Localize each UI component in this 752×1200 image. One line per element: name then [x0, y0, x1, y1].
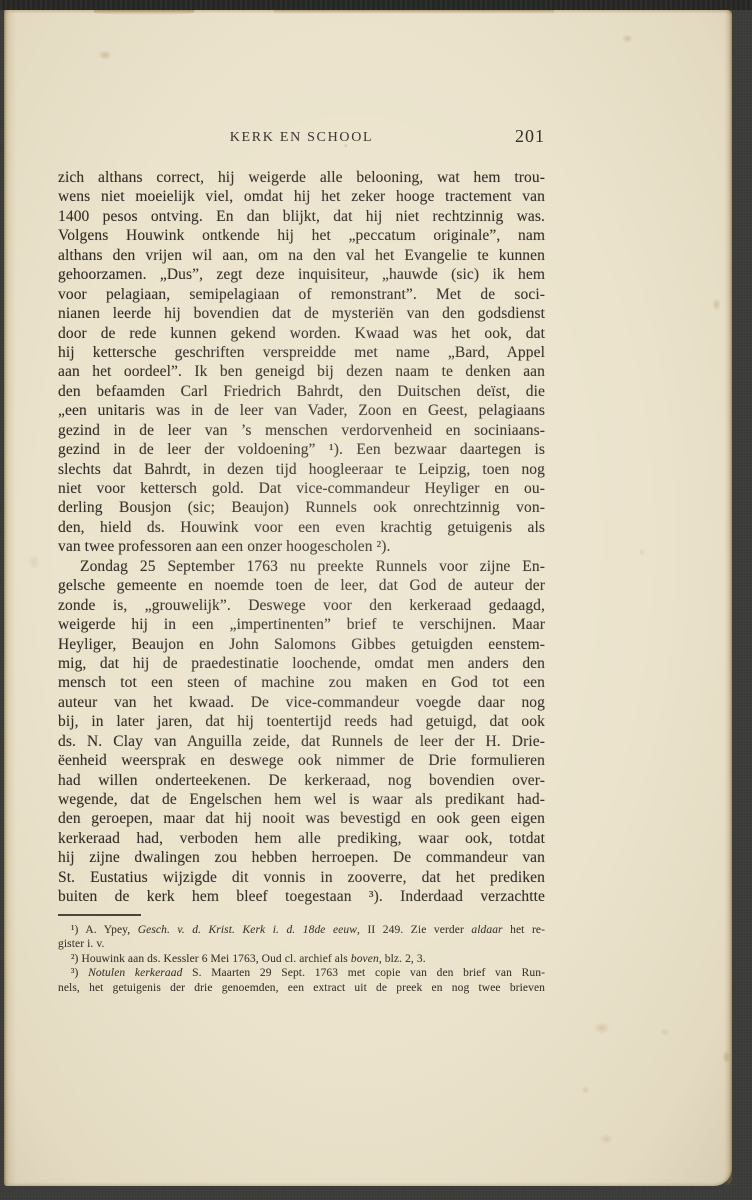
foxing-spot — [638, 548, 646, 556]
text-line: derling Bousjon (sic; Beaujon) Runnels o… — [58, 498, 545, 517]
text-line: althans den vrijen wil aan, om na den va… — [58, 246, 545, 265]
footnote-text: , blz. 2, 3. — [379, 953, 426, 965]
text-line: Heyliger, Beaujon en John Salomons Gibbe… — [58, 635, 545, 654]
footnote-text: , II 249. Zie verder — [357, 924, 471, 936]
text-line: hij zijne dwalingen zou hebben herroepen… — [58, 848, 545, 867]
text-line: door de rede kunnen gekend worden. Kwaad… — [58, 324, 545, 343]
text-line: den, hield ds. Houwink voor een even kra… — [58, 518, 545, 537]
text-line: hij kettersche geschriften verspreidde m… — [58, 343, 545, 362]
footnote-italic-text: Notulen kerkeraad — [88, 967, 182, 979]
footnote-text: S. Maarten 29 Sept. 1763 met copie van d… — [182, 967, 545, 979]
text-line: buiten de kerk hem bleef toegestaan ³). … — [58, 887, 545, 906]
foxing-spot — [581, 1086, 590, 1094]
foxing-spot — [622, 34, 633, 43]
footnotes: ¹) A. Ypey, Gesch. v. d. Krist. Kerk i. … — [58, 923, 545, 995]
text-line: den befaamden Carl Friedrich Bahrdt, den… — [58, 382, 545, 401]
text-line: gezind in de leer van ’s menschen verdor… — [58, 421, 545, 440]
text-line: voor pelagiaan, semipelagiaan of remonst… — [58, 285, 545, 304]
footnote-separator — [58, 914, 141, 916]
text-line: „een unitaris was in de leer van Vader, … — [58, 401, 545, 420]
book-top-edge — [0, 0, 752, 10]
footnote-italic-text: aldaar — [471, 924, 502, 936]
stain-top — [274, 10, 554, 14]
text-line: aan het oordeel”. Ik ben geneigd bij dez… — [58, 362, 545, 381]
paragraph: Zondag 25 September 1763 nu preekte Runn… — [58, 557, 545, 907]
text-line: weigerde hij in een „impertinenten” brie… — [58, 615, 545, 634]
text-line: zonde is, „grouwelijk”. Deswege voor den… — [58, 596, 545, 615]
running-header: KERK EN SCHOOL 201 — [58, 128, 545, 150]
book-page: KERK EN SCHOOL 201 zich althans correct,… — [4, 10, 732, 1186]
running-title: KERK EN SCHOOL — [58, 128, 545, 148]
text-line: gezind in de leer der voldoening” ¹). Ee… — [58, 440, 545, 459]
text-line: Volgens Houwink ontkende hij het „peccat… — [58, 226, 545, 245]
foxing-spot — [712, 298, 721, 311]
footnote-line: ²) Houwink aan ds. Kessler 6 Mei 1763, O… — [58, 952, 545, 966]
text-line: zich althans correct, hij weigerde alle … — [58, 168, 545, 187]
text-line: gehoorzamen. „Dus”, zegt deze inquisiteu… — [58, 265, 545, 284]
text-line: 1400 pesos ontving. En dan blijkt, dat h… — [58, 207, 545, 226]
paragraph: zich althans correct, hij weigerde alle … — [58, 168, 545, 557]
text-line: had willen onderteekenen. De kerkeraad, … — [58, 771, 545, 790]
footnote-text: ¹) A. Ypey, — [71, 924, 138, 936]
footnote-italic-text: Gesch. v. d. Krist. Kerk i. d. 18de eeuw — [138, 924, 357, 936]
text-line: mensch tot een steen of machine zou make… — [58, 673, 545, 692]
foxing-spot — [28, 554, 40, 570]
foxing-spot — [594, 1022, 610, 1034]
text-line: St. Eustatius wijzigde dit vonnis in zoo… — [58, 868, 545, 887]
page-edge-shading-right — [724, 10, 732, 1186]
footnote-line: nels, het getuigenis der drie genoemden,… — [58, 981, 545, 995]
text-line: wens niet moeielijk viel, omdat hij het … — [58, 187, 545, 206]
body-text: zich althans correct, hij weigerde alle … — [58, 168, 545, 907]
text-line: niet voor kettersch gold. Dat vice-comma… — [58, 479, 545, 498]
text-line: van twee professoren aan een onzer hooge… — [58, 537, 545, 556]
text-line: ds. N. Clay van Anguilla zeide, dat Runn… — [58, 732, 545, 751]
page-edge-shading-left — [4, 10, 16, 1186]
text-line: den geroepen, maar dat hij nooit was bev… — [58, 809, 545, 828]
footnote-text: ³) — [71, 967, 88, 979]
stain-top — [94, 10, 194, 15]
text-line: mig, dat hij de praedestinatie loochende… — [58, 654, 545, 673]
footnote-line: gister i. v. — [58, 937, 545, 951]
text-line: wegende, dat de Engelschen hem wel is wa… — [58, 790, 545, 809]
footnote-italic-text: boven — [351, 953, 379, 965]
footnote-text: gister i. v. — [58, 938, 104, 950]
text-line: Zondag 25 September 1763 nu preekte Runn… — [58, 557, 545, 576]
footnote-line: ¹) A. Ypey, Gesch. v. d. Krist. Kerk i. … — [58, 923, 545, 937]
text-line: bij, in later jaren, dat hij toentertijd… — [58, 712, 545, 731]
text-line: auteur van het kwaad. De vice-commandeur… — [58, 693, 545, 712]
text-line: ëenheid weersprak en deswege ook nimmer … — [58, 751, 545, 770]
text-line: gelsche gemeente en noemde toen de leer,… — [58, 576, 545, 595]
footnote-text: ²) Houwink aan ds. Kessler 6 Mei 1763, O… — [71, 953, 351, 965]
text-line: slechts dat Bahrdt, in dezen tijd hoogle… — [58, 460, 545, 479]
page-number: 201 — [515, 125, 545, 147]
text-line: nianen leerde hij bovendien dat de myste… — [58, 304, 545, 323]
text-line: kerkeraad had, verboden hem alle prediki… — [58, 829, 545, 848]
footnote-text: nels, het getuigenis der drie genoemden,… — [58, 982, 545, 994]
foxing-spot — [660, 1028, 670, 1036]
foxing-spot — [600, 1134, 613, 1144]
foxing-spot — [98, 50, 112, 60]
footnote-line: ³) Notulen kerkeraad S. Maarten 29 Sept.… — [58, 966, 545, 980]
footnote-text: het re- — [503, 924, 545, 936]
